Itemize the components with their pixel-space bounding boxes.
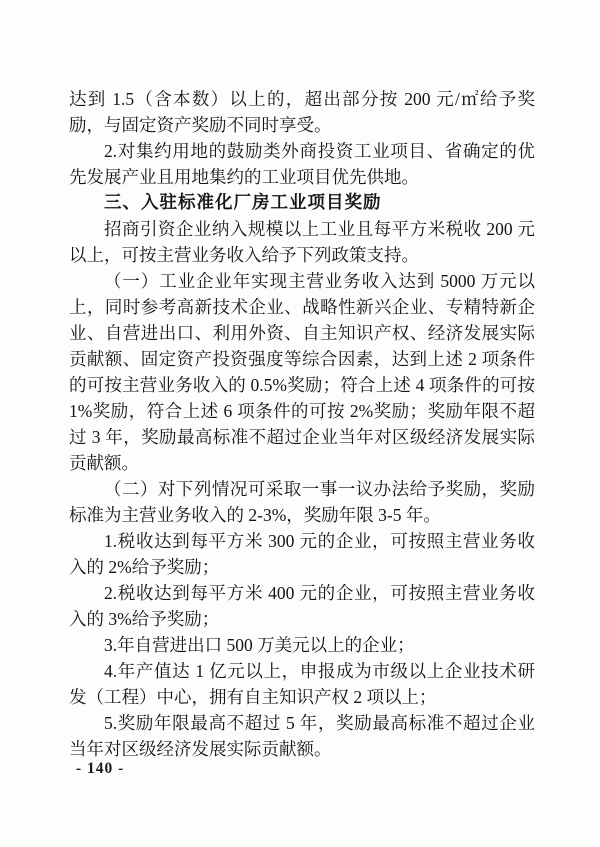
list-item-1: 1.税收达到每平方米 300 元的企业，可按照主营业务收入的 2%给予奖励； (69, 528, 535, 580)
paragraph: （二）对下列情况可采取一事一议办法给予奖励，奖励标准为主营业务收入的 2-3%，… (69, 476, 535, 528)
paragraph-continuation: 达到 1.5（含本数）以上的，超出部分按 200 元/㎡给予奖励，与固定资产奖励… (69, 86, 535, 138)
list-item-2: 2.税收达到每平方米 400 元的企业，可按照主营业务收入的 3%给予奖励； (69, 580, 535, 632)
paragraph: 2.对集约用地的鼓励类外商投资工业项目、省确定的优先发展产业且用地集约的工业项目… (69, 138, 535, 190)
list-item-3: 3.年自营进出口 500 万美元以上的企业； (69, 632, 535, 658)
section-heading: 三、入驻标准化厂房工业项目奖励 (69, 190, 535, 216)
page-number: - 140 - (76, 760, 124, 778)
document-body: 达到 1.5（含本数）以上的，超出部分按 200 元/㎡给予奖励，与固定资产奖励… (69, 86, 535, 762)
paragraph: 招商引资企业纳入规模以上工业且每平方米税收 200 元以上，可按主营业务收入给予… (69, 216, 535, 268)
paragraph: （一）工业企业年实现主营业务收入达到 5000 万元以上，同时参考高新技术企业、… (69, 268, 535, 476)
list-item-5: 5.奖励年限最高不超过 5 年，奖励最高标准不超过企业当年对区级经济发展实际贡献… (69, 710, 535, 762)
document-page: 达到 1.5（含本数）以上的，超出部分按 200 元/㎡给予奖励，与固定资产奖励… (0, 0, 600, 847)
list-item-4: 4.年产值达 1 亿元以上，申报成为市级以上企业技术研发（工程）中心，拥有自主知… (69, 658, 535, 710)
